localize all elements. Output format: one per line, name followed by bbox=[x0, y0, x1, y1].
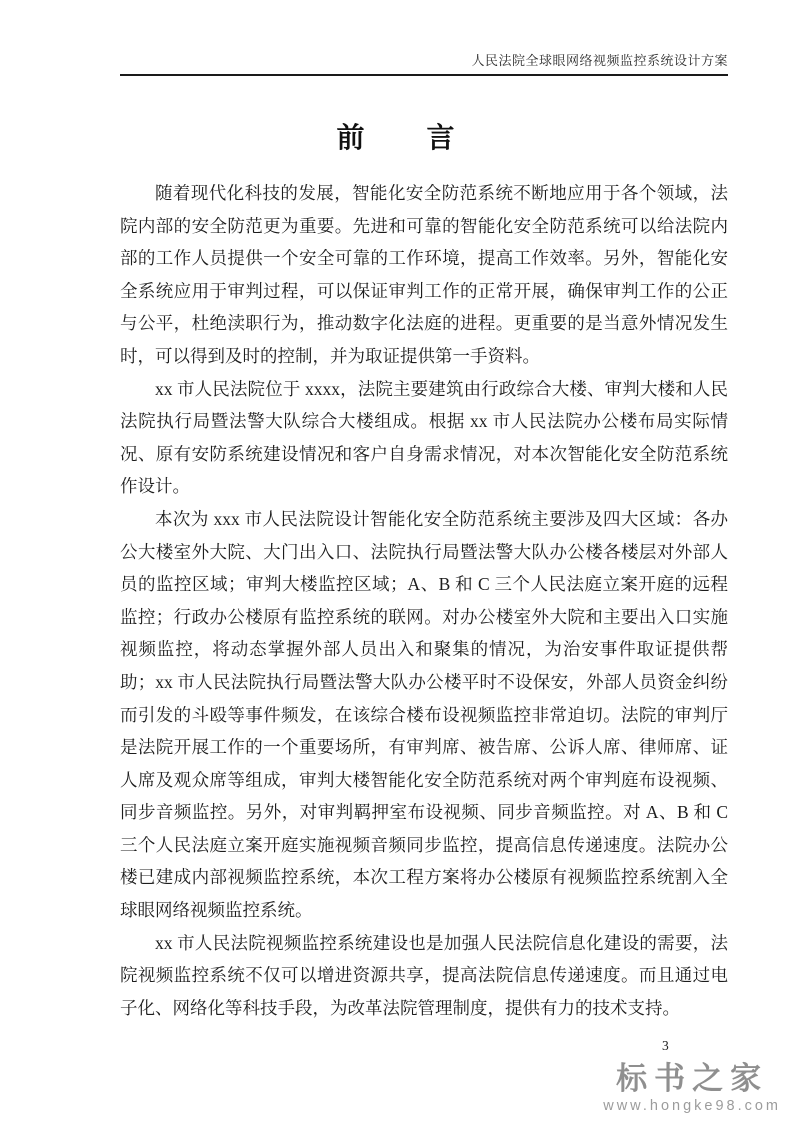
paragraph-2: xx 市人民法院位于 xxxx，法院主要建筑由行政综合大楼、审判大楼和人民法院执… bbox=[120, 373, 728, 503]
watermark-logo: 标书之家 bbox=[603, 1063, 781, 1096]
document-body: 随着现代化科技的发展，智能化安全防范系统不断地应用于各个领域，法院内部的安全防范… bbox=[120, 177, 728, 1024]
page-number: 3 bbox=[662, 1038, 669, 1054]
document-page: 人民法院全球眼网络视频监控系统设计方案 前 言 随着现代化科技的发展，智能化安全… bbox=[0, 0, 793, 1122]
page-header: 人民法院全球眼网络视频监控系统设计方案 bbox=[120, 50, 728, 76]
watermark: 标书之家 www.hongke98.com bbox=[603, 1063, 781, 1114]
document-title: 前 言 bbox=[0, 116, 793, 156]
paragraph-4: xx 市人民法院视频监控系统建设也是加强人民法院信息化建设的需要，法院视频监控系… bbox=[120, 927, 728, 1025]
header-title: 人民法院全球眼网络视频监控系统设计方案 bbox=[471, 53, 728, 68]
watermark-url: www.hongke98.com bbox=[603, 1098, 781, 1114]
paragraph-1: 随着现代化科技的发展，智能化安全防范系统不断地应用于各个领域，法院内部的安全防范… bbox=[120, 177, 728, 373]
paragraph-3: 本次为 xxx 市人民法院设计智能化安全防范系统主要涉及四大区域：各办公大楼室外… bbox=[120, 503, 728, 927]
